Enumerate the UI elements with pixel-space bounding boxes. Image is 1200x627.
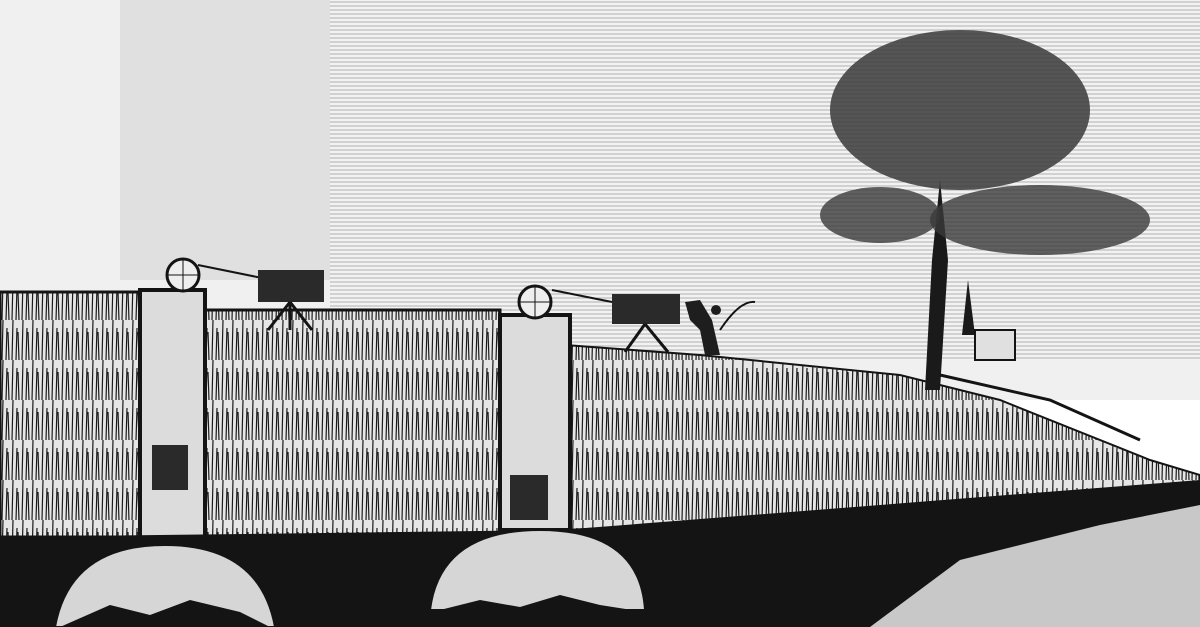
engraving-scene — [0, 0, 1200, 627]
left-wall-section — [0, 292, 140, 537]
left-pillar-with-wheel — [140, 259, 205, 540]
right-pillar-with-wheel — [500, 286, 570, 530]
middle-wall-section — [205, 310, 500, 537]
